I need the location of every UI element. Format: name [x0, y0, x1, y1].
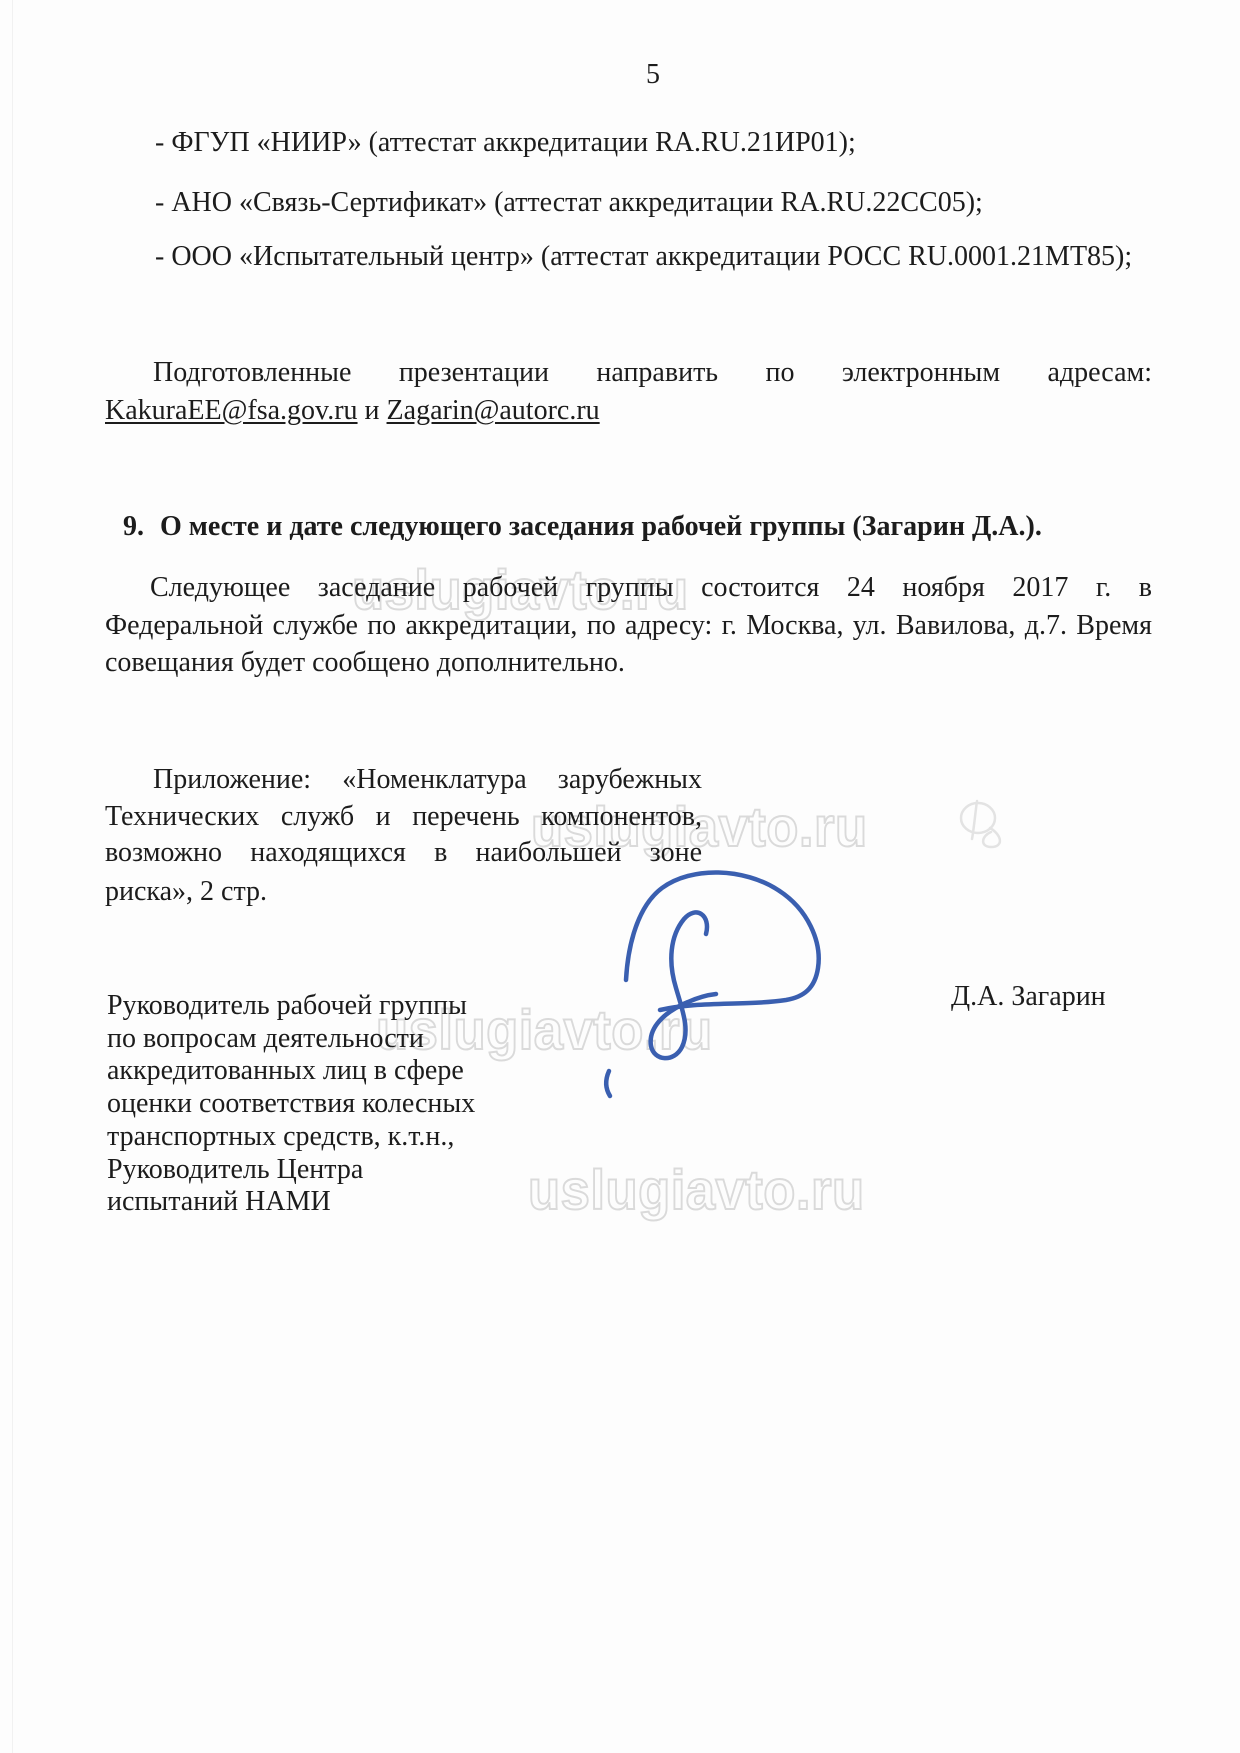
email-address: KakuraEE@fsa.gov.ru [105, 395, 358, 426]
signer-role-line: по вопросам деятельности [107, 1023, 475, 1056]
email-paragraph-line1: Подготовленные презентации направить по … [105, 356, 1152, 390]
signer-role-line: оценки соответствия колесных [107, 1088, 475, 1121]
section-body-line: Следующее заседание рабочей группы состо… [105, 571, 1152, 605]
document-page: uslugiavto.ru uslugiavto.ru uslugiavto.r… [0, 0, 1240, 1753]
watermark-text: uslugiavto.ru [528, 1160, 865, 1220]
handwritten-signature [540, 860, 860, 1120]
section-number: 9. [123, 511, 144, 542]
signer-name: Д.А. Загарин [951, 980, 1106, 1014]
attachment-line: Технических служб и перечень компонентов… [105, 800, 702, 834]
list-item: - ФГУП «НИИР» (аттестат аккредитации RA.… [155, 126, 856, 160]
signer-role-line: транспортных средств, к.т.н., [107, 1121, 475, 1154]
section-body-line: Федеральной службе по аккредитации, по а… [105, 609, 1152, 643]
attachment-line: риска», 2 стр. [105, 875, 267, 909]
signer-role-line: испытаний НАМИ [107, 1186, 475, 1219]
attachment-line: Приложение: «Номенклатура зарубежных [105, 763, 702, 797]
email-connector: и [365, 395, 380, 426]
signer-role-line: Руководитель Центра [107, 1154, 475, 1187]
page-number: 5 [646, 58, 660, 92]
list-item: - АНО «Связь-Сертификат» (аттестат аккре… [155, 186, 983, 220]
section-title: О месте и дате следующего заседания рабо… [160, 511, 1042, 542]
email-address: Zagarin@autorc.ru [387, 395, 600, 426]
signer-role-line: аккредитованных лиц в сфере [107, 1055, 475, 1088]
list-item: - ООО «Испытательный центр» (аттестат ак… [155, 240, 1132, 274]
signer-role-line: Руководитель рабочей группы [107, 990, 475, 1023]
faint-doodle-mark [948, 792, 1018, 852]
scan-edge-artifact [12, 0, 13, 1753]
signer-role-block: Руководитель рабочей группы по вопросам … [107, 990, 475, 1219]
section-heading: 9.О месте и дате следующего заседания ра… [123, 510, 1042, 544]
section-body-line: совещания будет сообщено дополнительно. [105, 646, 625, 680]
email-paragraph-line2: KakuraEE@fsa.gov.ruиZagarin@autorc.ru [105, 394, 600, 428]
